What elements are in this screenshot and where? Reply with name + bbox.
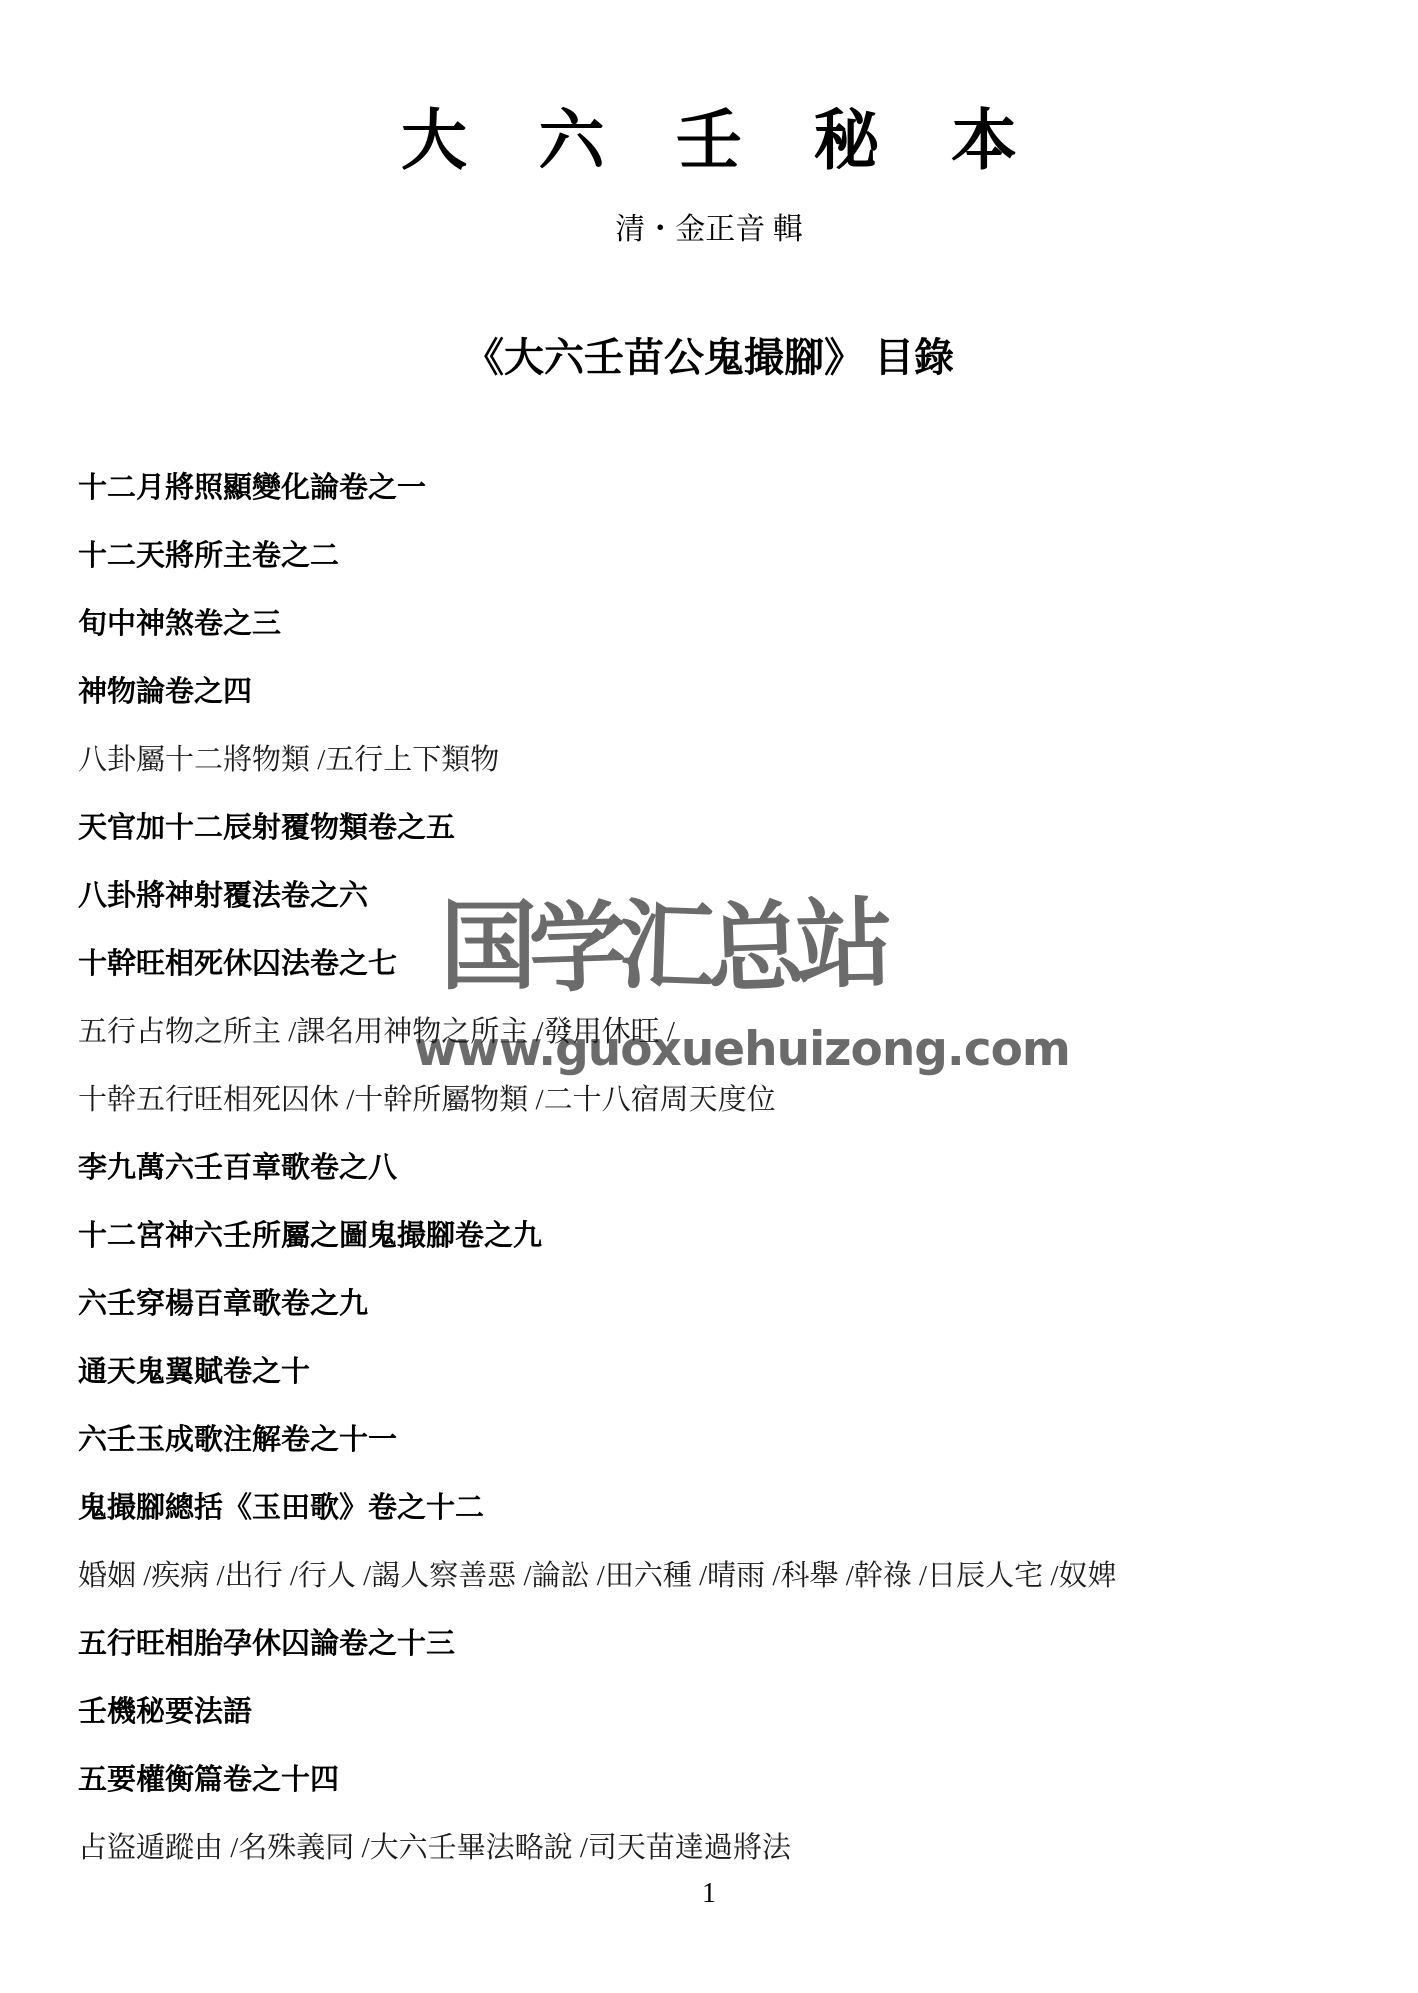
toc-item: 十二天將所主卷之二 [78, 522, 1378, 590]
toc-item: 十二月將照顯變化論卷之一 [78, 454, 1378, 522]
page-number: 1 [0, 1878, 1418, 1910]
document-page: 国学汇总站 www.guoxuehuizong.com 大 六 壬 秘 本 清・… [0, 0, 1418, 1993]
toc-item: 神物論卷之四 [78, 658, 1378, 726]
toc-item: 占盜遁蹤由 /名殊義同 /大六壬畢法略說 /司天苗達過將法 [78, 1814, 1378, 1882]
toc-item: 八卦屬十二將物類 /五行上下類物 [78, 726, 1378, 794]
toc-section-heading: 《大六壬苗公鬼撮腳》 目錄 [0, 332, 1418, 384]
document-subtitle: 清・金正音 輯 [0, 210, 1418, 249]
toc-item: 天官加十二辰射覆物類卷之五 [78, 794, 1378, 862]
toc-item: 李九萬六壬百章歌卷之八 [78, 1134, 1378, 1202]
toc-item: 五要權衡篇卷之十四 [78, 1746, 1378, 1814]
toc-item: 十幹五行旺相死囚休 /十幹所屬物類 /二十八宿周天度位 [78, 1066, 1378, 1134]
toc-item: 婚姻 /疾病 /出行 /行人 /謁人察善惡 /論訟 /田六種 /晴雨 /科舉 /… [78, 1542, 1378, 1610]
toc-item: 六壬玉成歌注解卷之十一 [78, 1406, 1378, 1474]
toc-item: 八卦將神射覆法卷之六 [78, 862, 1378, 930]
toc-item: 鬼撮腳總括《玉田歌》卷之十二 [78, 1474, 1378, 1542]
toc-item: 五行占物之所主 /課名用神物之所主 /發用休旺 / [78, 998, 1378, 1066]
document-title: 大 六 壬 秘 本 [0, 104, 1418, 180]
toc-item: 十幹旺相死休囚法卷之七 [78, 930, 1378, 998]
toc-item: 通天鬼翼賦卷之十 [78, 1338, 1378, 1406]
toc-item: 十二宮神六壬所屬之圖鬼撮腳卷之九 [78, 1202, 1378, 1270]
toc-item: 壬機秘要法語 [78, 1678, 1378, 1746]
toc-item: 六壬穿楊百章歌卷之九 [78, 1270, 1378, 1338]
toc-list: 十二月將照顯變化論卷之一十二天將所主卷之二旬中神煞卷之三神物論卷之四八卦屬十二將… [78, 454, 1378, 1882]
toc-item: 五行旺相胎孕休囚論卷之十三 [78, 1610, 1378, 1678]
toc-item: 旬中神煞卷之三 [78, 590, 1378, 658]
